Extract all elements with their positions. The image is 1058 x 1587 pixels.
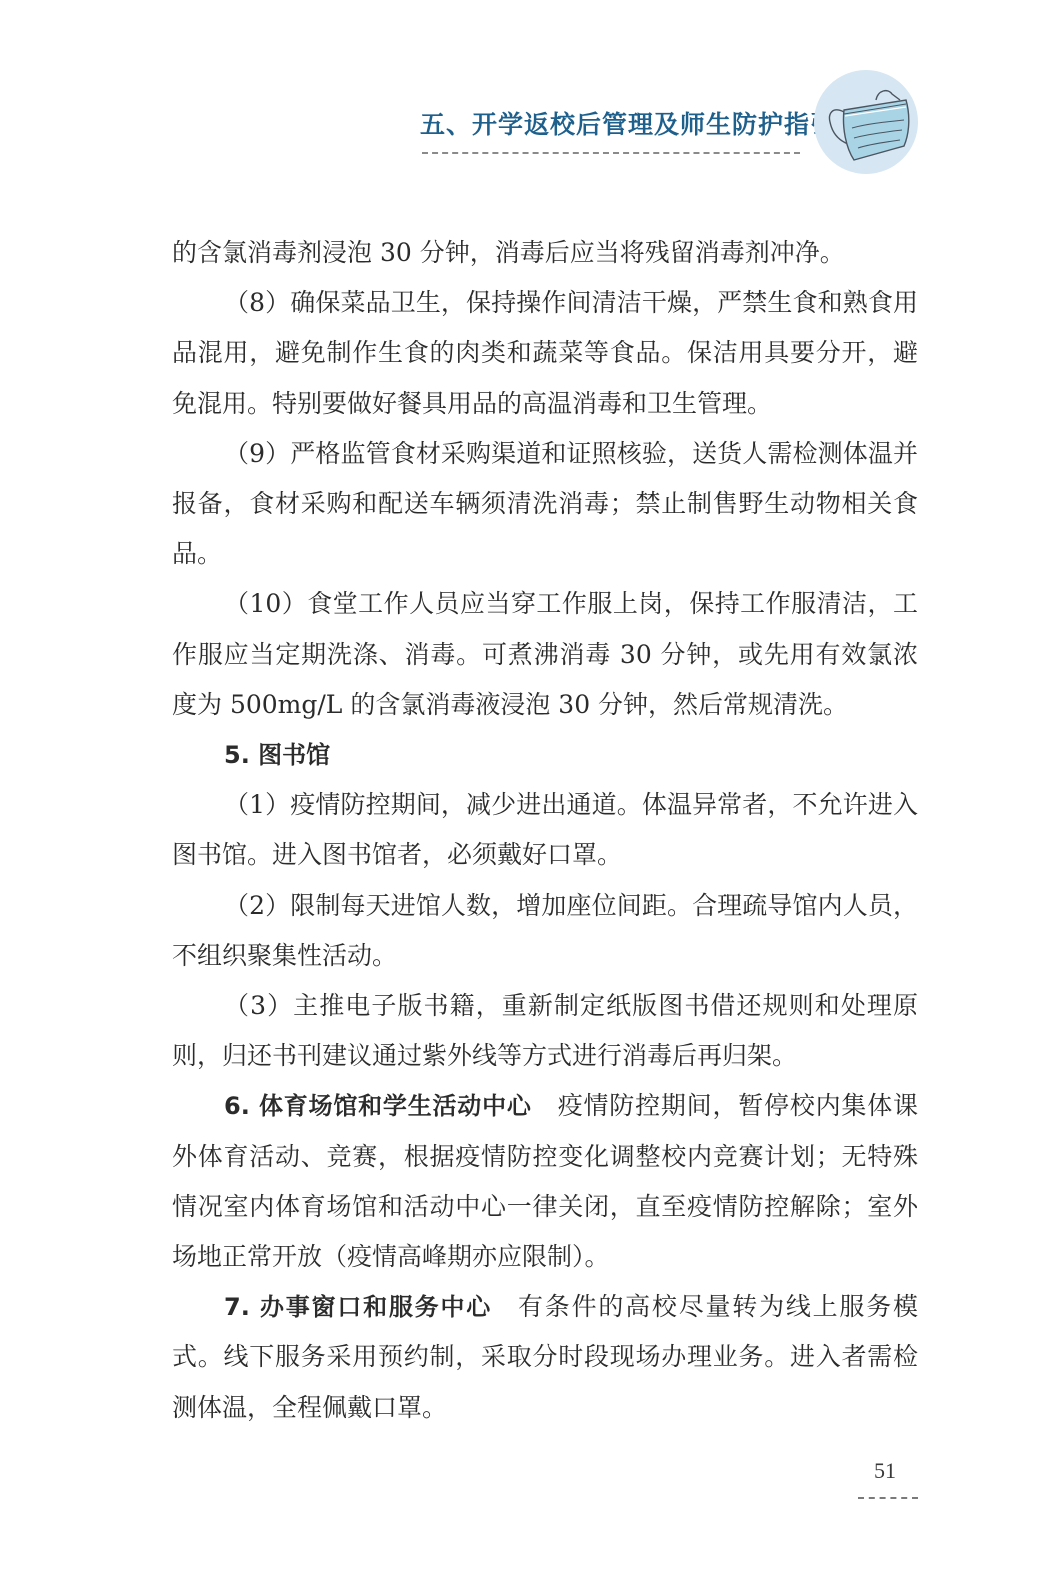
paragraph-service-windows: 7. 办事窗口和服务中心有条件的高校尽量转为线上服务模式。线下服务采用预约制，采…: [172, 1282, 918, 1433]
chapter-title: 五、开学返校后管理及师生防护指引: [420, 105, 836, 141]
paragraph-continuation: 的含氯消毒剂浸泡 30 分钟，消毒后应当将残留消毒剂冲净。: [172, 228, 918, 278]
paragraph-item-8: （8）确保菜品卫生，保持操作间清洁干燥，严禁生食和熟食用品混用，避免制作生食的肉…: [172, 278, 918, 429]
paragraph-library-item-1: （1）疫情防控期间，减少进出通道。体温异常者，不允许进入图书馆。进入图书馆者，必…: [172, 780, 918, 880]
page-body: 的含氯消毒剂浸泡 30 分钟，消毒后应当将残留消毒剂冲净。 （8）确保菜品卫生，…: [172, 228, 918, 1433]
face-mask-icon: [814, 70, 918, 174]
paragraph-item-10: （10）食堂工作人员应当穿工作服上岗，保持工作服清洁，工作服应当定期洗涤、消毒。…: [172, 579, 918, 730]
header-divider: [422, 152, 800, 154]
paragraph-library-item-3: （3）主推电子版书籍，重新制定纸版图书借还规则和处理原则，归还书刊建议通过紫外线…: [172, 981, 918, 1081]
section-heading-sports: 6. 体育场馆和学生活动中心: [224, 1092, 532, 1120]
paragraph-library-item-2: （2）限制每天进馆人数，增加座位间距。合理疏导馆内人员，不组织聚集性活动。: [172, 881, 918, 981]
page-number: 51: [874, 1458, 896, 1484]
paragraph-item-9: （9）严格监管食材采购渠道和证照核验，送货人需检测体温并报备，食材采购和配送车辆…: [172, 429, 918, 580]
page-header: 五、开学返校后管理及师生防护指引: [0, 0, 1058, 200]
section-heading-service: 7. 办事窗口和服务中心: [224, 1293, 492, 1321]
footer-divider: [858, 1497, 918, 1499]
paragraph-sports-venues: 6. 体育场馆和学生活动中心疫情防控期间，暂停校内集体课外体育活动、竞赛，根据疫…: [172, 1081, 918, 1282]
section-heading-library: 5. 图书馆: [172, 730, 918, 780]
